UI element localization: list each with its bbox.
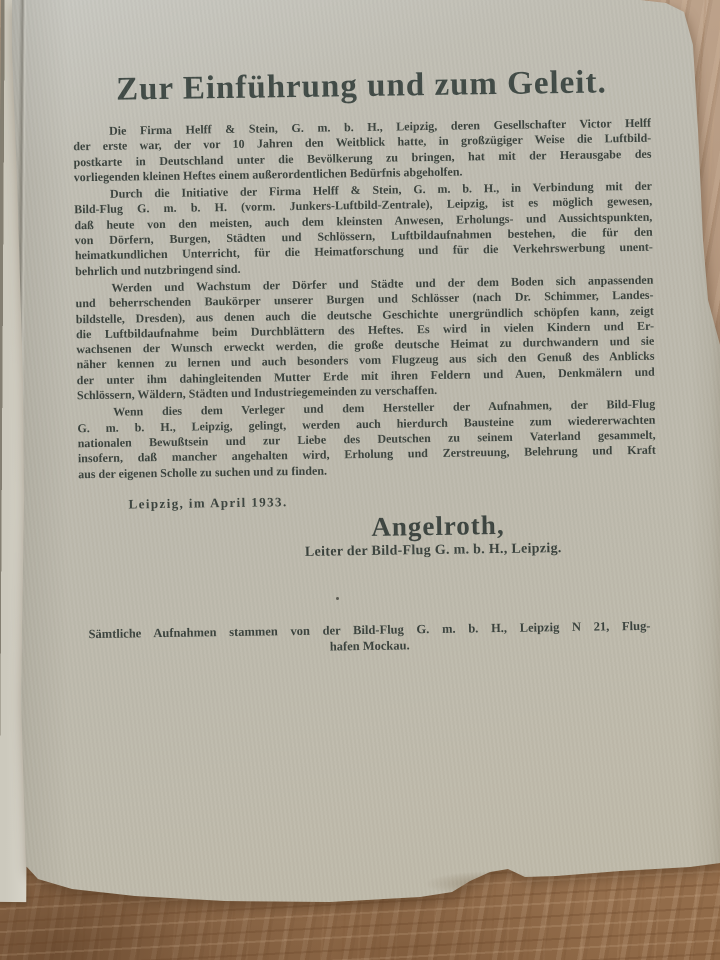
signature-name: Angelroth, bbox=[219, 507, 657, 543]
page-title: Zur Einführung und zum Geleit. bbox=[72, 60, 651, 113]
body-paragraphs: Die Firma Helff & Stein, G. m. b. H., Le… bbox=[73, 116, 656, 482]
paragraph: Werden und Wachstum der Dörfer und Städt… bbox=[75, 273, 655, 404]
printed-content: Zur Einführung und zum Geleit. Die Firma… bbox=[72, 54, 659, 659]
paper-speck bbox=[336, 597, 339, 600]
paragraph: Wenn dies dem Verleger und dem Herstelle… bbox=[77, 397, 656, 482]
photo-scene: Zur Einführung und zum Geleit. Die Firma… bbox=[0, 0, 720, 960]
book-page-shadow-wrap: Zur Einführung und zum Geleit. Die Firma… bbox=[0, 0, 720, 960]
paragraph: Durch die Initiative der Firma Helff & S… bbox=[74, 179, 653, 279]
page-fold-crease bbox=[13, 0, 27, 876]
footnote: Sämtliche Aufnahmen stammen von der Bild… bbox=[88, 618, 650, 659]
book-page: Zur Einführung und zum Geleit. Die Firma… bbox=[0, 0, 720, 960]
paragraph: Die Firma Helff & Stein, G. m. b. H., Le… bbox=[73, 116, 652, 186]
